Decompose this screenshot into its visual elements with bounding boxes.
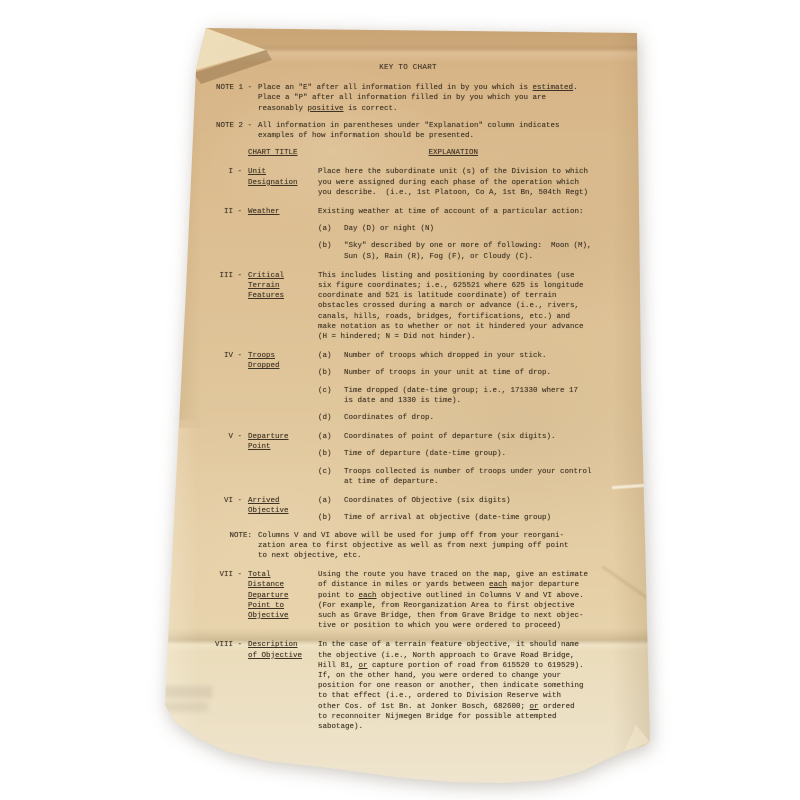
section-title: DeparturePoint bbox=[248, 432, 312, 487]
explanation-line: Place here the subordinate unit (s) of t… bbox=[318, 167, 800, 177]
item-letter: (a) bbox=[318, 432, 334, 442]
section-title-line: Departure bbox=[248, 591, 312, 601]
explanation-line: This includes listing and positioning by… bbox=[318, 271, 800, 281]
note-row: NOTE:Columns V and VI above will be used… bbox=[0, 531, 800, 562]
item-line: is date and 1330 is time). bbox=[344, 396, 800, 406]
section-title-line: Departure bbox=[248, 432, 312, 442]
section-row: IV -TroopsDropped(a)Number of troops whi… bbox=[0, 351, 800, 423]
section-row: VI -ArrivedObjective(a)Coordinates of Ob… bbox=[0, 496, 800, 523]
explanation-line: to that effect (i.e., ordered to Divisio… bbox=[318, 691, 800, 701]
section-title: Weather bbox=[248, 207, 312, 262]
section-numeral: VI - bbox=[0, 496, 242, 523]
section-numeral: I - bbox=[0, 167, 242, 198]
section-title-line: Objective bbox=[248, 611, 312, 621]
section-explanation: Place here the subordinate unit (s) of t… bbox=[318, 167, 800, 198]
section-numeral: IV - bbox=[0, 351, 242, 423]
explanation-line: If, on the other hand, you were ordered … bbox=[318, 671, 800, 681]
explanation-line: coordinate and 521 is latitude coordinat… bbox=[318, 291, 800, 301]
note-line: Columns V and VI above will be used for … bbox=[258, 531, 800, 541]
section-row: V -DeparturePoint(a)Coordinates of point… bbox=[0, 432, 800, 487]
section-title-line: Features bbox=[248, 291, 312, 301]
explanation-line: point to each objective outlined in Colu… bbox=[318, 591, 800, 601]
explanation-line: six figure coordinates; i.e., 625521 whe… bbox=[318, 281, 800, 291]
section-title-line: Total bbox=[248, 570, 312, 580]
section-row: III -CriticalTerrainFeaturesThis include… bbox=[0, 271, 800, 342]
item-letter: (c) bbox=[318, 467, 334, 487]
item-text: Coordinates of point of departure (six d… bbox=[344, 432, 800, 442]
section-title-line: Critical bbox=[248, 271, 312, 281]
section-title: TroopsDropped bbox=[248, 351, 312, 423]
explanation-line: canals, hills, roads, bridges, fortifica… bbox=[318, 312, 800, 322]
section-title-line: Terrain bbox=[248, 281, 312, 291]
lettered-item: (a)Coordinates of point of departure (si… bbox=[318, 432, 800, 442]
explanation-line: Hill 81, or capture portion of road from… bbox=[318, 661, 800, 671]
item-line: Number of troops in your unit at time of… bbox=[344, 368, 800, 378]
note-line: reasonably positive is correct. bbox=[258, 104, 800, 114]
lettered-item: (a)Number of troops which dropped in you… bbox=[318, 351, 800, 361]
item-line: Coordinates of Objective (six digits) bbox=[344, 496, 800, 506]
explanation-line: position for one reason or another, then… bbox=[318, 681, 800, 691]
item-line: Coordinates of drop. bbox=[344, 413, 800, 423]
lettered-item: (c)Time dropped (date-time group; i.e., … bbox=[318, 386, 800, 406]
item-text: Day (D) or night (N) bbox=[344, 224, 800, 234]
note-text: Place an "E" after all information fille… bbox=[258, 83, 800, 114]
explanation-paragraph: This includes listing and positioning by… bbox=[318, 271, 800, 342]
item-text: Time dropped (date-time group; i.e., 171… bbox=[344, 386, 800, 406]
lettered-item: (a)Coordinates of Objective (six digits) bbox=[318, 496, 800, 506]
item-letter: (b) bbox=[318, 368, 334, 378]
explanation-line: (For example, from Reorganization Area t… bbox=[318, 601, 800, 611]
item-line: at time of departure. bbox=[344, 477, 800, 487]
section-title-line: Dropped bbox=[248, 361, 312, 371]
lettered-item: (b)Time of arrival at objective (date-ti… bbox=[318, 513, 800, 523]
note-row: NOTE 2 -All information in parentheses u… bbox=[0, 121, 800, 141]
lettered-item: (d)Coordinates of drop. bbox=[318, 413, 800, 423]
explanation-paragraph: Place here the subordinate unit (s) of t… bbox=[318, 167, 800, 198]
section-title-line: Point to bbox=[248, 601, 312, 611]
item-text: Time of arrival at objective (date-time … bbox=[344, 513, 800, 523]
item-line: Sun (S), Rain (R), Fog (F), or Cloudy (C… bbox=[344, 252, 800, 262]
explanation-line: (H = hindered; N = Did not hinder). bbox=[318, 332, 800, 342]
explanation-line: you describe. (i.e., 1st Platoon, Co A, … bbox=[318, 188, 800, 198]
note-text: Columns V and VI above will be used for … bbox=[258, 531, 800, 562]
column-headers-row: CHART TITLEEXPLANATION bbox=[0, 148, 800, 158]
section-title-line: Distance bbox=[248, 580, 312, 590]
note-text: All information in parentheses under "Ex… bbox=[258, 121, 800, 141]
explanation-line: the objective (i.e., North approach to G… bbox=[318, 651, 800, 661]
section-row: VII -TotalDistanceDeparturePoint toObjec… bbox=[0, 570, 800, 631]
section-numeral: VII - bbox=[0, 570, 242, 631]
item-letter: (d) bbox=[318, 413, 334, 423]
item-letter: (a) bbox=[318, 496, 334, 506]
item-text: Coordinates of Objective (six digits) bbox=[344, 496, 800, 506]
note-row: NOTE 1 -Place an "E" after all informati… bbox=[0, 83, 800, 114]
section-explanation: In the case of a terrain feature objecti… bbox=[318, 640, 800, 732]
item-text: Time of departure (date-time group). bbox=[344, 449, 800, 459]
column-header-chart-title: CHART TITLE bbox=[248, 149, 298, 157]
explanation-line: of distance in miles or yards between ea… bbox=[318, 580, 800, 590]
section-title-line: Troops bbox=[248, 351, 312, 361]
note-line: Place a "P" after all information filled… bbox=[258, 93, 800, 103]
section-explanation: This includes listing and positioning by… bbox=[318, 271, 800, 342]
note-line: examples of how information should be pr… bbox=[258, 131, 800, 141]
paper-sheet: KEY TO CHARTNOTE 1 -Place an "E" after a… bbox=[0, 0, 800, 800]
item-line: "Sky" described by one or more of follow… bbox=[344, 241, 800, 251]
item-line: Time dropped (date-time group; i.e., 171… bbox=[344, 386, 800, 396]
item-letter: (b) bbox=[318, 513, 334, 523]
note-line: All information in parentheses under "Ex… bbox=[258, 121, 800, 131]
item-line: Number of troops which dropped in your s… bbox=[344, 351, 800, 361]
section-explanation: (a)Coordinates of point of departure (si… bbox=[318, 432, 800, 487]
explanation-line: you were assigned during each phase of t… bbox=[318, 178, 800, 188]
section-row: I -UnitDesignationPlace here the subordi… bbox=[0, 167, 800, 198]
section-explanation: Using the route you have traced on the m… bbox=[318, 570, 800, 631]
section-title: CriticalTerrainFeatures bbox=[248, 271, 312, 342]
section-title-line: of Objective bbox=[248, 651, 312, 661]
section-row: VIII -Descriptionof ObjectiveIn the case… bbox=[0, 640, 800, 732]
section-title: ArrivedObjective bbox=[248, 496, 312, 523]
explanation-line: tive or position to which you were order… bbox=[318, 621, 800, 631]
section-numeral: II - bbox=[0, 207, 242, 262]
section-numeral: V - bbox=[0, 432, 242, 487]
section-explanation: (a)Number of troops which dropped in you… bbox=[318, 351, 800, 423]
section-row: II -WeatherExisting weather at time of a… bbox=[0, 207, 800, 262]
item-text: Number of troops in your unit at time of… bbox=[344, 368, 800, 378]
item-letter: (a) bbox=[318, 224, 334, 234]
section-title-line: Designation bbox=[248, 178, 312, 188]
lettered-item: (b)Number of troops in your unit at time… bbox=[318, 368, 800, 378]
explanation-line: to reconnoiter Nijmegen Bridge for possi… bbox=[318, 712, 800, 722]
item-line: Time of arrival at objective (date-time … bbox=[344, 513, 800, 523]
section-title-line: Description bbox=[248, 640, 312, 650]
explanation-line: In the case of a terrain feature objecti… bbox=[318, 640, 800, 650]
explanation-line: Using the route you have traced on the m… bbox=[318, 570, 800, 580]
photographed-document: KEY TO CHARTNOTE 1 -Place an "E" after a… bbox=[0, 0, 800, 800]
item-line: Coordinates of point of departure (six d… bbox=[344, 432, 800, 442]
item-letter: (b) bbox=[318, 449, 334, 459]
note-label: NOTE 1 - bbox=[0, 83, 252, 114]
lettered-item: (b)"Sky" described by one or more of fol… bbox=[318, 241, 800, 261]
section-title: TotalDistanceDeparturePoint toObjective bbox=[248, 570, 312, 631]
section-explanation: (a)Coordinates of Objective (six digits)… bbox=[318, 496, 800, 523]
section-title-line: Point bbox=[248, 442, 312, 452]
section-numeral: III - bbox=[0, 271, 242, 342]
note-label: NOTE 2 - bbox=[0, 121, 252, 141]
item-letter: (a) bbox=[318, 351, 334, 361]
item-text: "Sky" described by one or more of follow… bbox=[344, 241, 800, 261]
section-title-line: Arrived bbox=[248, 496, 312, 506]
item-text: Number of troops which dropped in your s… bbox=[344, 351, 800, 361]
explanation-line: sabotage). bbox=[318, 722, 800, 732]
explanation-line: such as Grave Bridge, then from Grave Br… bbox=[318, 611, 800, 621]
explanation-paragraph: Existing weather at time of account of a… bbox=[318, 207, 800, 217]
note-line: to next objective, etc. bbox=[258, 551, 800, 561]
item-letter: (c) bbox=[318, 386, 334, 406]
column-header-explanation: EXPLANATION bbox=[429, 149, 479, 157]
explanation-line: make notation as to whether or not it hi… bbox=[318, 322, 800, 332]
section-title: UnitDesignation bbox=[248, 167, 312, 198]
explanation-paragraph: Using the route you have traced on the m… bbox=[318, 570, 800, 631]
section-title-line: Objective bbox=[248, 506, 312, 516]
section-title: Descriptionof Objective bbox=[248, 640, 312, 732]
item-text: Troops collected is number of troops und… bbox=[344, 467, 800, 487]
explanation-line: Existing weather at time of account of a… bbox=[318, 207, 800, 217]
explanation-line: obstacles crossed during a march or adva… bbox=[318, 301, 800, 311]
photo-stage: KEY TO CHARTNOTE 1 -Place an "E" after a… bbox=[0, 0, 800, 800]
lettered-item: (a)Day (D) or night (N) bbox=[318, 224, 800, 234]
item-text: Coordinates of drop. bbox=[344, 413, 800, 423]
item-line: Day (D) or night (N) bbox=[344, 224, 800, 234]
item-line: Troops collected is number of troops und… bbox=[344, 467, 800, 477]
document-title: KEY TO CHART bbox=[0, 63, 800, 73]
section-numeral: VIII - bbox=[0, 640, 242, 732]
note-line: Place an "E" after all information fille… bbox=[258, 83, 800, 93]
lettered-item: (b)Time of departure (date-time group). bbox=[318, 449, 800, 459]
section-title-line: Weather bbox=[248, 207, 312, 217]
explanation-line: other Cos. of 1st Bn. at Jonker Bosch, 6… bbox=[318, 702, 800, 712]
section-explanation: Existing weather at time of account of a… bbox=[318, 207, 800, 262]
item-line: Time of departure (date-time group). bbox=[344, 449, 800, 459]
explanation-paragraph: In the case of a terrain feature objecti… bbox=[318, 640, 800, 732]
item-letter: (b) bbox=[318, 241, 334, 261]
lettered-item: (c)Troops collected is number of troops … bbox=[318, 467, 800, 487]
section-title-line: Unit bbox=[248, 167, 312, 177]
note-line: zation area to first objective as well a… bbox=[258, 541, 800, 551]
note-label: NOTE: bbox=[0, 531, 252, 562]
document-content: KEY TO CHARTNOTE 1 -Place an "E" after a… bbox=[0, 63, 800, 732]
